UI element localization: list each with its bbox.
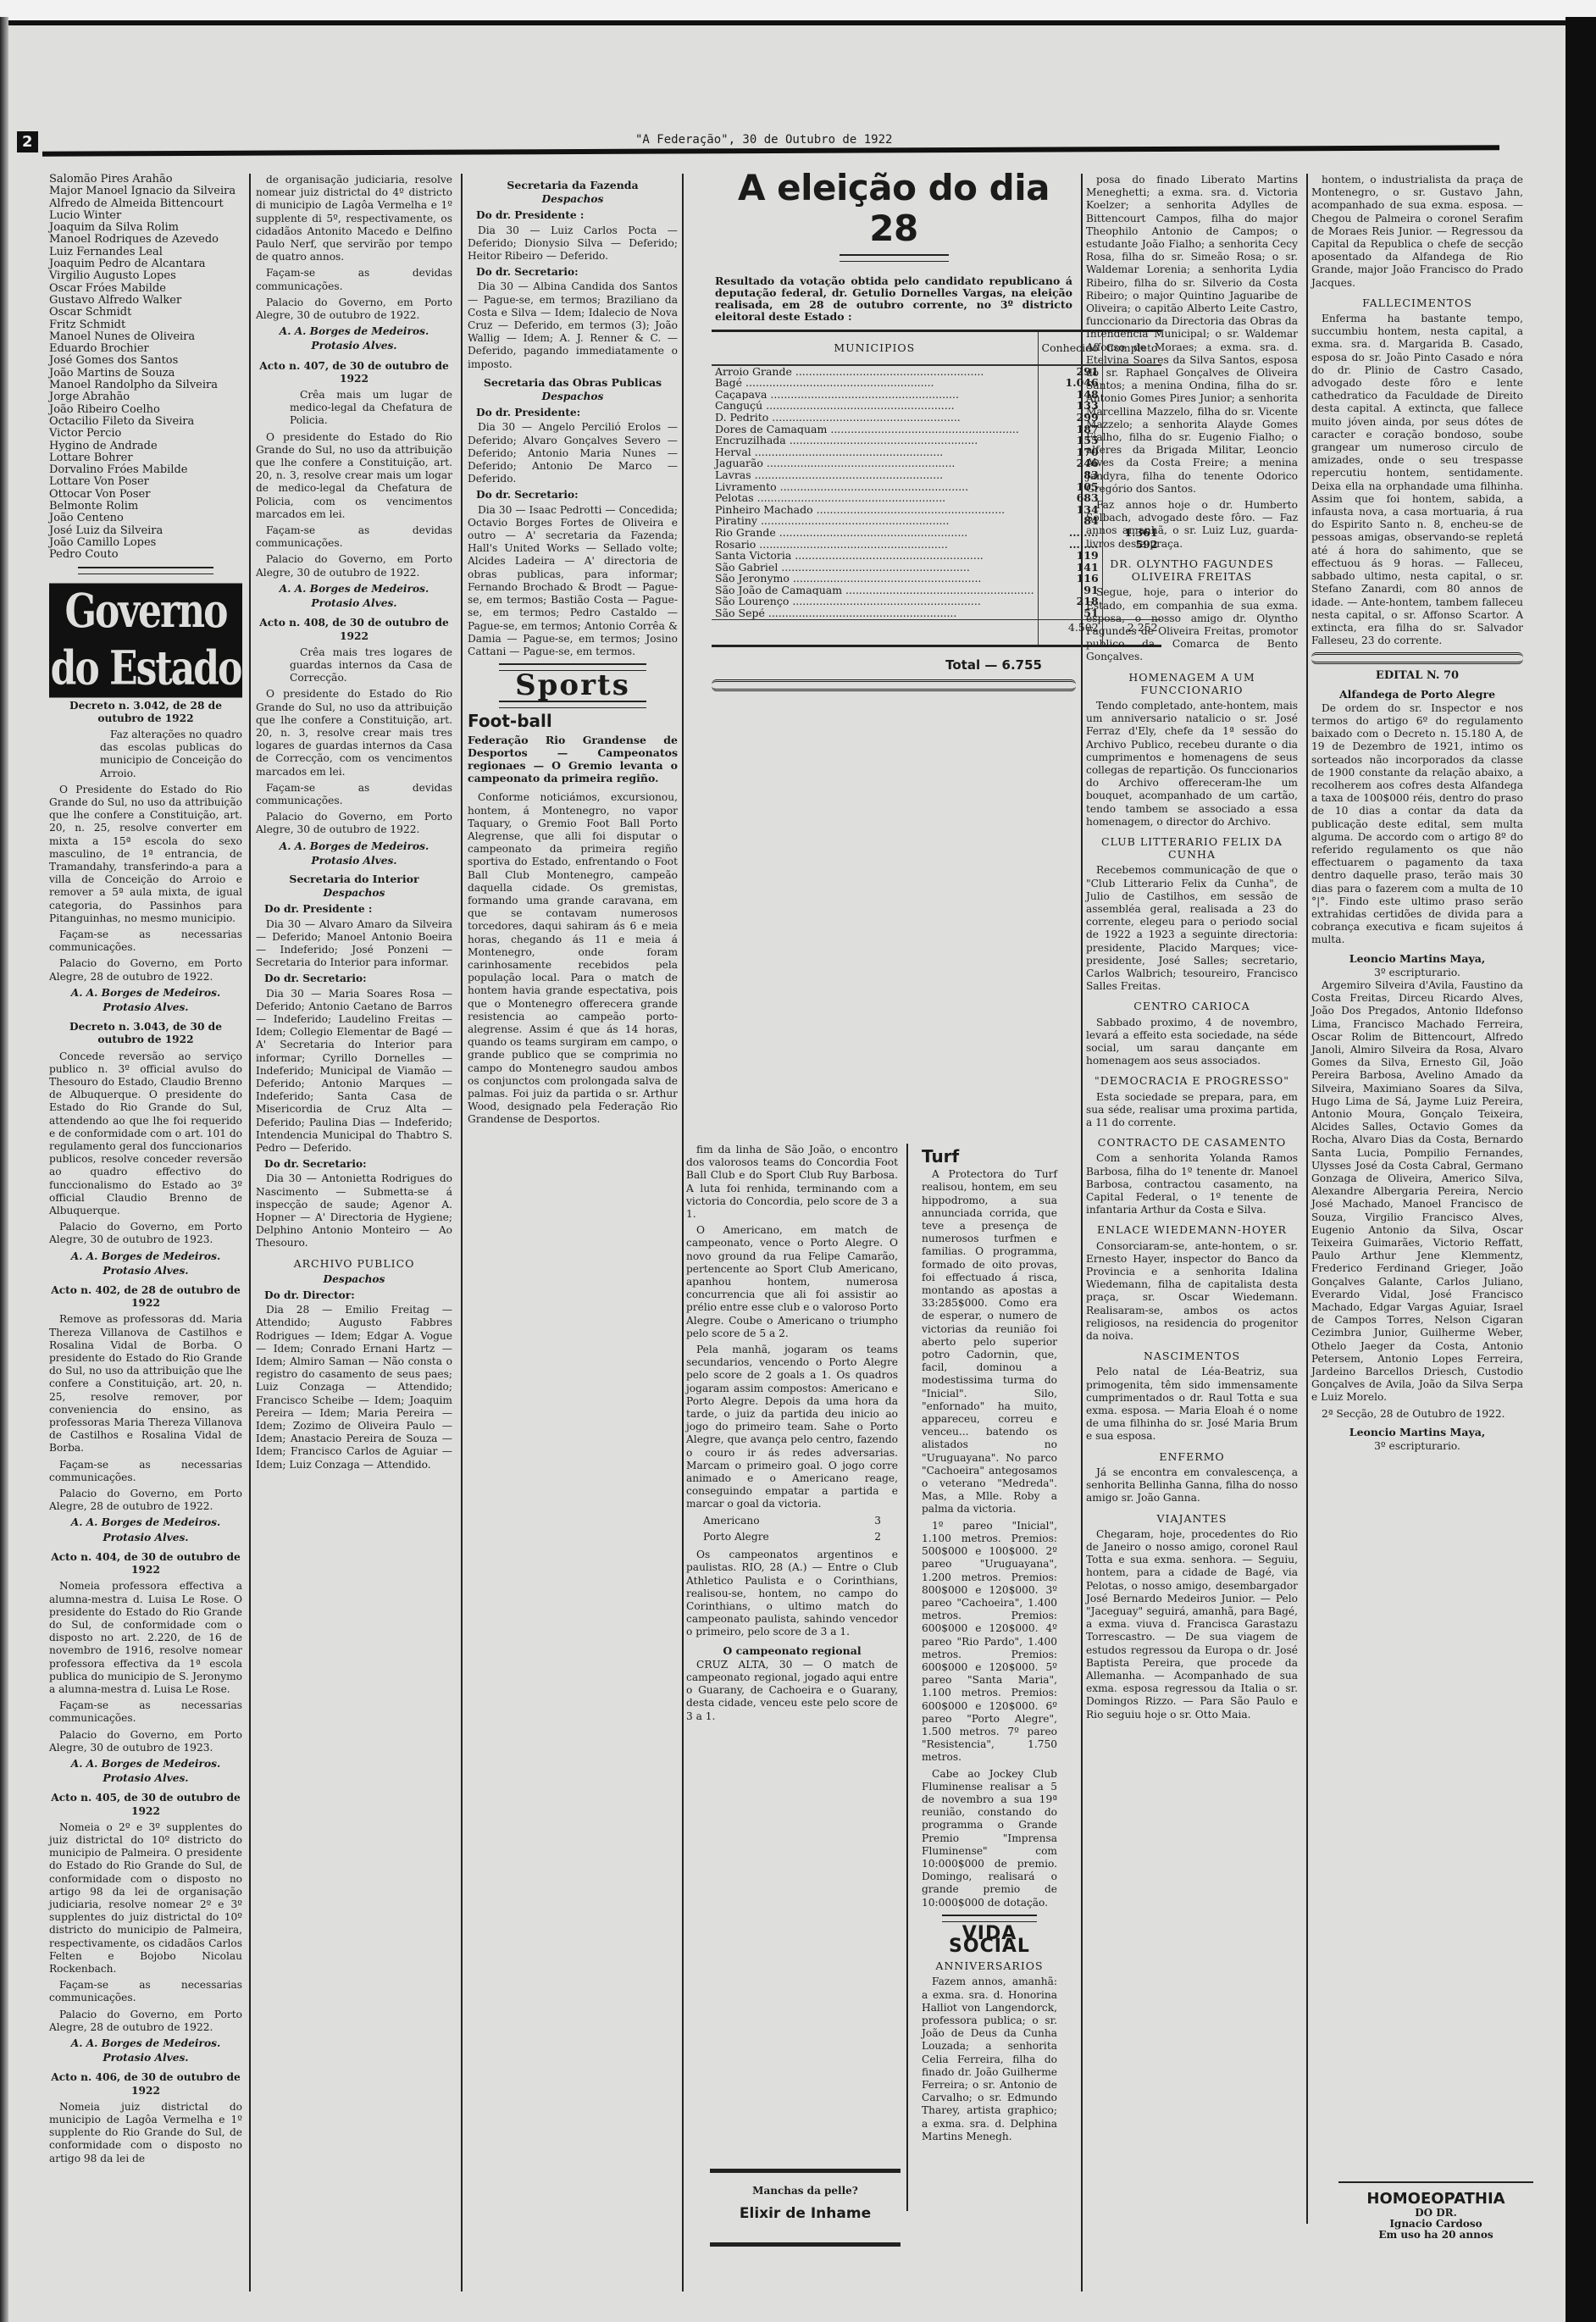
name-entry: Major Manoel Ignacio da Silveira	[49, 186, 242, 197]
text-paragraph: A Protectora do Turf realisou, hontem, e…	[922, 1168, 1057, 1516]
palace-line: Palacio do Governo, em Porto Alegre, 30 …	[49, 1221, 242, 1246]
acto-body: Remove as professoras dd. Maria Thereza …	[49, 1313, 242, 1455]
name-entry: Oscar Fróes Mabilde	[49, 283, 242, 295]
name-entry: Lucio Winter	[49, 210, 242, 222]
text-paragraph: Cabe ao Jockey Club Fluminense realisar …	[922, 1768, 1057, 1909]
name-entry: Fritz Schmidt	[49, 319, 242, 331]
cell-municipio: Canguçú	[712, 400, 1038, 412]
signature: A. A. Borges de Medeiros.	[49, 1250, 242, 1263]
subheading: Do dr. Presidente :	[264, 903, 452, 916]
section-heading: CONTRACTO DE CASAMENTO	[1086, 1136, 1298, 1149]
column-divider	[682, 174, 684, 2292]
anniversaries-heading: ANNIVERSARIOS	[922, 1959, 1057, 1972]
text-paragraph: de organisação judiciaria, resolve nomea…	[256, 174, 452, 263]
signature: A. A. Borges de Medeiros.	[256, 840, 452, 853]
text-paragraph: Dia 30 — Luiz Carlos Pocta — Deferido; D…	[468, 224, 678, 263]
section-heading: CENTRO CARIOCA	[1086, 1000, 1298, 1012]
text-paragraph: posa do finado Liberato Martins Meneghet…	[1086, 174, 1298, 496]
grand-total: Total — 6.755	[712, 657, 1042, 673]
section-heading: NASCIMENTOS	[1086, 1349, 1298, 1362]
cell-municipio: Bagé	[712, 377, 1038, 389]
ad-homoeopathia: HOMOEOPATHIA DO DR. Ignacio Cardoso Em u…	[1338, 2181, 1533, 2241]
signature: Protasio Alves.	[256, 597, 452, 610]
section-heading: ENLACE WIEDEMANN-HOYER	[1086, 1223, 1298, 1236]
sports-heading: Sports	[468, 679, 678, 692]
section-heading: ENFERMO	[1086, 1450, 1298, 1463]
subtotal-label	[712, 619, 1038, 646]
cell-municipio: Rosario	[712, 539, 1038, 551]
section-title-governo: Governo do Estado	[49, 583, 242, 697]
acto-summary: Crêa mais tres logares de guardas intern…	[256, 646, 452, 685]
section-heading: Secretaria da Fazenda	[468, 179, 678, 191]
name-entry: Alfredo de Almeida Bittencourt	[49, 198, 242, 210]
text-paragraph: Dia 30 — Antonietta Rodrigues do Nascime…	[256, 1172, 452, 1250]
acto-title: Acto n. 406, de 30 de outubro de 1922	[49, 2071, 242, 2097]
subheading: Do dr. Secretario:	[476, 489, 678, 502]
name-entry: Lottare Bohrer	[49, 452, 242, 464]
signature: Protasio Alves.	[49, 1772, 242, 1785]
column-divider	[461, 174, 463, 2292]
text-paragraph: Segue, hoje, para o interior do Estado, …	[1086, 586, 1298, 663]
signature: Protasio Alves.	[256, 855, 452, 867]
ad-line: Em uso ha 20 annos	[1338, 2230, 1533, 2241]
scan-right-edge	[1566, 17, 1596, 2322]
section-subheading: Despachos	[468, 391, 678, 403]
section-heading: "DEMOCRACIA E PROGRESSO"	[1086, 1074, 1298, 1087]
subheading: Do dr. Presidente :	[476, 209, 678, 222]
section-heading: FALLECIMENTOS	[1311, 296, 1523, 309]
name-entry: João Camillo Lopes	[49, 537, 242, 549]
column-2: de organisação judiciaria, resolve nomea…	[256, 174, 452, 1475]
text-paragraph: Tendo completado, ante-hontem, mais um a…	[1086, 700, 1298, 828]
column-divider	[1306, 174, 1308, 2224]
date-line: 2ª Secção, 28 de Outubro de 1922.	[1311, 1408, 1523, 1421]
column-divider	[906, 1144, 908, 2211]
team-score: 2	[874, 1531, 881, 1543]
palace-line: Palacio do Governo, em Porto Alegre, 30 …	[49, 1729, 242, 1754]
cell-municipio: São Sepé	[712, 607, 1038, 619]
signature-role: 3º escripturario.	[1311, 967, 1523, 979]
decree-body: Concede reversão ao serviço publico n. 3…	[49, 1050, 242, 1218]
palace-line: Palacio do Governo, em Porto Alegre, 28 …	[49, 957, 242, 983]
name-entry: Pedro Couto	[49, 549, 242, 561]
team-name: Americano	[703, 1515, 760, 1527]
cell-municipio: Pelotas	[712, 492, 1038, 504]
closing: Façam-se as necessarias communicações.	[49, 1699, 242, 1725]
chain-divider	[712, 679, 1076, 691]
text-paragraph: De ordem do sr. Inspector e nos termos d…	[1311, 702, 1523, 947]
signature-role: 3º escripturario.	[1311, 1440, 1523, 1453]
ad-product-name: Elixir de Inhame	[710, 2205, 901, 2222]
signature: Protasio Alves.	[49, 1265, 242, 1277]
column-4: fim da linha de São João, o encontro dos…	[686, 1144, 898, 1726]
text-paragraph: Esta sociedade se prepara, para, em sua …	[1086, 1091, 1298, 1130]
cell-municipio: Herval	[712, 446, 1038, 458]
text-paragraph: Pelo natal de Léa-Beatriz, sua primogeni…	[1086, 1366, 1298, 1443]
cell-municipio: Dores de Camaquam	[712, 424, 1038, 435]
team-score: 3	[874, 1515, 881, 1527]
text-paragraph: Com a senhorita Yolanda Ramos Barbosa, f…	[1086, 1152, 1298, 1216]
section-heading: Secretaria das Obras Publicas	[468, 376, 678, 389]
signature: A. A. Borges de Medeiros.	[49, 1758, 242, 1771]
election-intro: Resultado da votação obtida pelo candida…	[715, 275, 1072, 323]
section-heading: ARCHIVO PUBLICO	[256, 1257, 452, 1270]
name-entry: João Martins de Souza	[49, 368, 242, 380]
acto-summary: Crêa mais um lugar de medico-legal da Ch…	[256, 389, 452, 428]
section-subheading: Despachos	[256, 887, 452, 900]
edital-title: EDITAL N. 70	[1311, 669, 1523, 682]
cell-municipio: Caçapava	[712, 389, 1038, 401]
signature: A. A. Borges de Medeiros.	[256, 325, 452, 338]
cell-municipio: D. Pedrito	[712, 412, 1038, 424]
decree-summary: Faz alterações no quadro das escolas pub…	[49, 729, 242, 780]
cell-municipio: Santa Victoria	[712, 550, 1038, 562]
text-paragraph: Já se encontra em convalescença, a senho…	[1086, 1466, 1298, 1505]
text-paragraph: Enferma ha bastante tempo, succumbiu hon…	[1311, 313, 1523, 647]
scan-left-edge	[0, 17, 8, 2322]
signature: A. A. Borges de Medeiros.	[49, 2037, 242, 2050]
cell-municipio: Lavras	[712, 469, 1038, 481]
cell-municipio: Pinheiro Machado	[712, 504, 1038, 516]
decree-title: Decreto n. 3.042, de 28 de outubro de 19…	[49, 700, 242, 725]
section-heading: Secretaria do Interior	[256, 873, 452, 885]
closing: Façam-se as devidas communicações.	[256, 524, 452, 550]
text-paragraph: Pela manhã, jogaram os teams secundarios…	[686, 1344, 898, 1511]
cell-municipio: São Jeronymo	[712, 573, 1038, 585]
name-entry: Eduardo Brochier	[49, 343, 242, 355]
text-paragraph: CRUZ ALTA, 30 — O match de campeonato re…	[686, 1659, 898, 1723]
text-paragraph: hontem, o industrialista da praça de Mon…	[1311, 174, 1523, 290]
closing: Façam-se as devidas communicações.	[256, 782, 452, 807]
ornament-divider	[1311, 652, 1523, 664]
text-paragraph: O Americano, em match de campeonato, ven…	[686, 1224, 898, 1340]
signature: Protasio Alves.	[49, 1001, 242, 1014]
palace-line: Palacio do Governo, em Porto Alegre, 30 …	[256, 553, 452, 579]
election-headline: A eleição do dia 28	[712, 168, 1076, 249]
score-line: Porto Alegre 2	[703, 1531, 881, 1543]
masthead-title: "A Federação", 30 de Outubro de 1922	[635, 133, 892, 147]
acto-body: Nomeia juiz districtal do municipio de L…	[49, 2101, 242, 2165]
ad-title: HOMOEOPATHIA	[1338, 2190, 1533, 2208]
ad-elixir-de-inhame: Manchas da pelle? Elixir de Inhame	[710, 2169, 901, 2247]
cell-municipio: Livramento	[712, 481, 1038, 493]
signature: Protasio Alves.	[49, 1532, 242, 1544]
column-1: Salomão Pires ArahãoMajor Manoel Ignacio…	[49, 174, 242, 2169]
palace-line: Palacio do Governo, em Porto Alegre, 28 …	[49, 1488, 242, 1513]
section-heading: VIAJANTES	[1086, 1512, 1298, 1525]
name-entry: Belmonte Rolim	[49, 501, 242, 513]
signature: Protasio Alves.	[256, 340, 452, 352]
column-turf: Turf A Protectora do Turf realisou, hont…	[922, 1144, 1057, 2147]
signature: A. A. Borges de Medeiros.	[49, 987, 242, 1000]
acto-body: O presidente do Estado do Rio Grande do …	[256, 688, 452, 778]
decree-title: Decreto n. 3.043, de 30 de outubro de 19…	[49, 1021, 242, 1046]
palace-line: Palacio do Governo, em Porto Alegre, 30 …	[256, 811, 452, 836]
name-entry: Joaquim da Silva Rolim	[49, 222, 242, 234]
section-heading: CLUB LITTERARIO FELIX DA CUNHA	[1086, 835, 1298, 861]
turf-heading: Turf	[922, 1150, 1057, 1163]
text-paragraph: Dia 30 — Isaac Pedrotti — Concedida; Oct…	[468, 504, 678, 658]
name-entry: Dorvalino Fróes Mabilde	[49, 464, 242, 476]
name-entry: Manoel Rodriques de Azevedo	[49, 234, 242, 246]
column-6: posa do finado Liberato Martins Meneghet…	[1086, 174, 1298, 1725]
name-entry: João Ribeiro Coelho	[49, 404, 242, 416]
cell-municipio: Piratiny	[712, 515, 1038, 527]
column-header-municipios: MUNICIPIOS	[712, 331, 1038, 365]
cell-municipio: Rio Grande	[712, 527, 1038, 539]
text-paragraph: Dia 30 — Alvaro Amaro da Silveira — Defe…	[256, 918, 452, 970]
signature: Leoncio Martins Maya,	[1311, 952, 1523, 965]
masthead-rule	[42, 145, 1499, 157]
section-heading: DR. OLYNTHO FAGUNDES OLIVEIRA FREITAS	[1086, 557, 1298, 583]
name-entry: Oscar Schmidt	[49, 307, 242, 319]
text-paragraph: Dia 30 — Albina Candida dos Santos — Pag…	[468, 280, 678, 370]
acto-body: Nomeia o 2º e 3º supplentes do juiz dist…	[49, 1821, 242, 1976]
signature: Leoncio Martins Maya,	[1311, 1426, 1523, 1438]
decree-body: O Presidente do Estado do Rio Grande do …	[49, 784, 242, 925]
text-paragraph: Dia 28 — Emilio Freitag — Attendido; Aug…	[256, 1304, 452, 1471]
election-article: A eleição do dia 28 Resultado da votação…	[712, 168, 1076, 696]
text-paragraph: Fazem annos, amanhã: a exma. sra. d. Hon…	[922, 1976, 1057, 2143]
scan-top-margin	[0, 0, 1596, 25]
acto-title: Acto n. 405, de 30 de outubro de 1922	[49, 1792, 242, 1817]
name-entry: João Centeno	[49, 513, 242, 524]
acto-title: Acto n. 408, de 30 de outubro de 1922	[256, 617, 452, 642]
text-paragraph: Dia 30 — Angelo Percilió Erolos — Deferi…	[468, 421, 678, 485]
ornament-divider	[78, 567, 213, 574]
signature: A. A. Borges de Medeiros.	[49, 1516, 242, 1529]
column-7: hontem, o industrialista da praça de Mon…	[1311, 174, 1523, 1453]
names-paragraph: Argemiro Silveira d'Avila, Faustino da C…	[1311, 979, 1523, 1405]
score-line: Americano 3	[703, 1515, 881, 1527]
cell-municipio: Jaguarão	[712, 457, 1038, 469]
text-paragraph: fim da linha de São João, o encontro dos…	[686, 1144, 898, 1221]
acto-body: O presidente do Estado do Rio Grande do …	[256, 431, 452, 521]
column-3: Secretaria da Fazenda Despachos Do dr. P…	[468, 174, 678, 1130]
team-name: Porto Alegre	[703, 1531, 769, 1543]
cell-municipio: São João de Camaquam	[712, 585, 1038, 596]
cell-municipio: Arroio Grande	[712, 365, 1038, 378]
subheading: Do dr. Director:	[264, 1289, 452, 1302]
name-entry: Gustavo Alfredo Walker	[49, 295, 242, 307]
race-results: 1º pareo "Inicial", 1.100 metros. Premio…	[922, 1520, 1057, 1765]
name-entry: Lottare Von Poser	[49, 476, 242, 488]
newspaper-page: 2 "A Federação", 30 de Outubro de 1922 S…	[0, 0, 1596, 2322]
name-entry: Virgilio Augusto Lopes	[49, 270, 242, 282]
column-divider	[249, 174, 251, 2292]
text-paragraph: Dia 30 — Maria Soares Rosa — Deferido; A…	[256, 988, 452, 1155]
palace-line: Palacio do Governo, em Porto Alegre, 28 …	[49, 2009, 242, 2034]
page-number: 2	[17, 131, 38, 152]
masthead: 2 "A Federação", 30 de Outubro de 1922	[17, 131, 1491, 157]
ornament-divider	[942, 1915, 1037, 1922]
names-list: Salomão Pires ArahãoMajor Manoel Ignacio…	[49, 174, 242, 562]
text-paragraph: Consorciaram-se, ante-hontem, o sr. Erne…	[1086, 1240, 1298, 1344]
cell-municipio: Encruzilhada	[712, 435, 1038, 446]
closing: Façam-se as necessarias communicações.	[49, 1459, 242, 1484]
closing: Façam-se as necessarias communicações.	[49, 928, 242, 954]
cell-municipio: São Lourenço	[712, 596, 1038, 607]
edital-subtitle: Alfandega de Porto Alegre	[1311, 688, 1523, 701]
signature: A. A. Borges de Medeiros.	[256, 583, 452, 596]
vida-social-heading: VIDA SOCIAL	[922, 1927, 1057, 1953]
text-paragraph: Conforme noticiámos, excursionou, hontem…	[468, 791, 678, 1126]
acto-body: Nomeia professora effectiva a alumna-mes…	[49, 1580, 242, 1696]
text-paragraph: Recebemos communicação de que o "Club Li…	[1086, 864, 1298, 993]
name-entry: Hygino de Andrade	[49, 441, 242, 452]
closing: Façam-se as necessarias communicações.	[49, 1979, 242, 2004]
name-entry: Joaquim Pedro de Alcantara	[49, 258, 242, 270]
name-entry: Manoel Nunes de Oliveira	[49, 331, 242, 343]
name-entry: José Gomes dos Santos	[49, 355, 242, 367]
ad-question: Manchas da pelle?	[710, 2185, 901, 2197]
football-lead: Federação Rio Grandense de Desportos — C…	[468, 734, 678, 785]
name-entry: Victor Percio	[49, 428, 242, 440]
name-entry: Ottocar Von Poser	[49, 489, 242, 501]
section-heading: O campeonato regional	[686, 1644, 898, 1657]
name-entry: José Luiz da Silveira	[49, 525, 242, 537]
section-heading: HOMENAGEM A UM FUNCCIONARIO	[1086, 671, 1298, 696]
name-entry: Manoel Randolpho da Silveira	[49, 380, 242, 391]
acto-title: Acto n. 402, de 28 de outubro de 1922	[49, 1284, 242, 1310]
name-entry: Jorge Abrahão	[49, 391, 242, 403]
name-entry: Luiz Fernandes Leal	[49, 247, 242, 258]
text-paragraph: Faz annos hoje o dr. Humberto Solbach, a…	[1086, 499, 1298, 551]
acto-title: Acto n. 404, de 30 de outubro de 1922	[49, 1551, 242, 1577]
section-subheading: Despachos	[468, 193, 678, 206]
section-subheading: Despachos	[256, 1273, 452, 1286]
cell-municipio: São Gabriel	[712, 562, 1038, 574]
name-entry: Salomão Pires Arahão	[49, 174, 242, 186]
subheading: Do dr. Secretario:	[264, 973, 452, 985]
headline-rule	[840, 254, 949, 262]
football-heading: Foot-ball	[468, 715, 678, 728]
subheading: Do dr. Presidente:	[476, 407, 678, 419]
subheading: Do dr. Secretario:	[264, 1158, 452, 1171]
palace-line: Palacio do Governo, em Porto Alegre, 30 …	[256, 296, 452, 322]
acto-title: Acto n. 407, de 30 de outubro de 1922	[256, 360, 452, 385]
closing: Façam-se as devidas communicações.	[256, 267, 452, 292]
name-entry: Octacilio Fileto da Siveira	[49, 416, 242, 428]
text-paragraph: Os campeonatos argentinos e paulistas. R…	[686, 1549, 898, 1638]
signature: Protasio Alves.	[49, 2052, 242, 2064]
subheading: Do dr. Secretario:	[476, 266, 678, 279]
text-paragraph: Sabbado proximo, 4 de novembro, levará a…	[1086, 1017, 1298, 1068]
text-paragraph: Chegaram, hoje, procedentes do Rio de Ja…	[1086, 1528, 1298, 1721]
